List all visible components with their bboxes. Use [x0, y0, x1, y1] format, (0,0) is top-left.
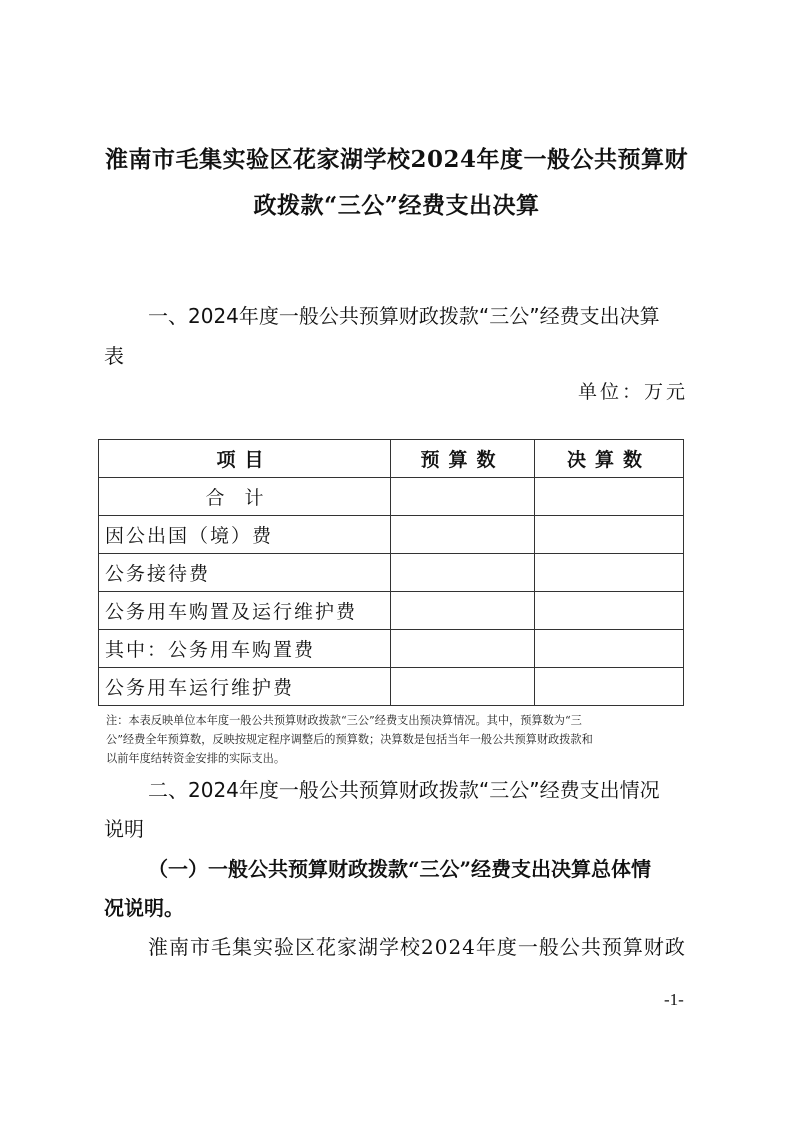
- row-item: 公务用车购置及运行维护费: [99, 592, 391, 630]
- table-row: 因公出国（境）费: [99, 516, 684, 554]
- body-paragraph: 淮南市毛集实验区花家湖学校2024年度一般公共预算财政: [148, 933, 686, 961]
- unit-label: 单位：万元: [578, 377, 688, 404]
- row-final: [535, 630, 684, 668]
- section1-heading: 一、2024年度一般公共预算财政拨款“三公”经费支出决算: [148, 302, 660, 330]
- table-row: 其中：公务用车购置费: [99, 630, 684, 668]
- document-title-line1: 淮南市毛集实验区花家湖学校2024年度一般公共预算财: [60, 137, 733, 183]
- table-note: 注：本表反映单位本年度一般公共预算财政拨款“三公”经费支出预决算情况。其中，预算…: [106, 711, 689, 768]
- row-final: [535, 478, 684, 516]
- section2-heading-cont: 说明: [104, 815, 144, 843]
- row-final: [535, 554, 684, 592]
- row-final: [535, 668, 684, 706]
- row-final: [535, 592, 684, 630]
- table-row: 公务用车购置及运行维护费: [99, 592, 684, 630]
- subsection1-heading: （一）一般公共预算财政拨款“三公”经费支出决算总体情: [148, 855, 651, 883]
- section2-heading: 二、2024年度一般公共预算财政拨款“三公”经费支出情况: [148, 776, 660, 804]
- table-row: 公务接待费: [99, 554, 684, 592]
- note-line: 注：本表反映单位本年度一般公共预算财政拨款“三公”经费支出预决算情况。其中，预算…: [106, 711, 689, 730]
- row-item: 公务接待费: [99, 554, 391, 592]
- header-final: 决算数: [535, 440, 684, 478]
- row-budget: [391, 554, 535, 592]
- subsection1-heading-cont: 况说明。: [104, 894, 184, 922]
- table-row-total: 合计: [99, 478, 684, 516]
- table-header-row: 项目 预算数 决算数: [99, 440, 684, 478]
- page-number: -1-: [664, 990, 684, 1010]
- header-budget: 预算数: [391, 440, 535, 478]
- three-public-expenses-table: 项目 预算数 决算数 合计 因公出国（境）费 公务接待费 公务用车购置及运行维护…: [98, 439, 684, 706]
- row-budget: [391, 478, 535, 516]
- row-item: 合计: [99, 478, 391, 516]
- row-item: 公务用车运行维护费: [99, 668, 391, 706]
- row-item: 其中：公务用车购置费: [99, 630, 391, 668]
- document-title-line2: 政拨款“三公”经费支出决算: [60, 183, 733, 229]
- row-budget: [391, 668, 535, 706]
- row-final: [535, 516, 684, 554]
- section1-heading-cont: 表: [104, 342, 124, 370]
- row-budget: [391, 630, 535, 668]
- table-row: 公务用车运行维护费: [99, 668, 684, 706]
- note-line: 公”经费全年预算数，反映按规定程序调整后的预算数；决算数是包括当年一般公共预算财…: [106, 730, 689, 749]
- row-budget: [391, 592, 535, 630]
- note-line: 以前年度结转资金安排的实际支出。: [106, 749, 689, 768]
- row-budget: [391, 516, 535, 554]
- header-item: 项目: [99, 440, 391, 478]
- row-item: 因公出国（境）费: [99, 516, 391, 554]
